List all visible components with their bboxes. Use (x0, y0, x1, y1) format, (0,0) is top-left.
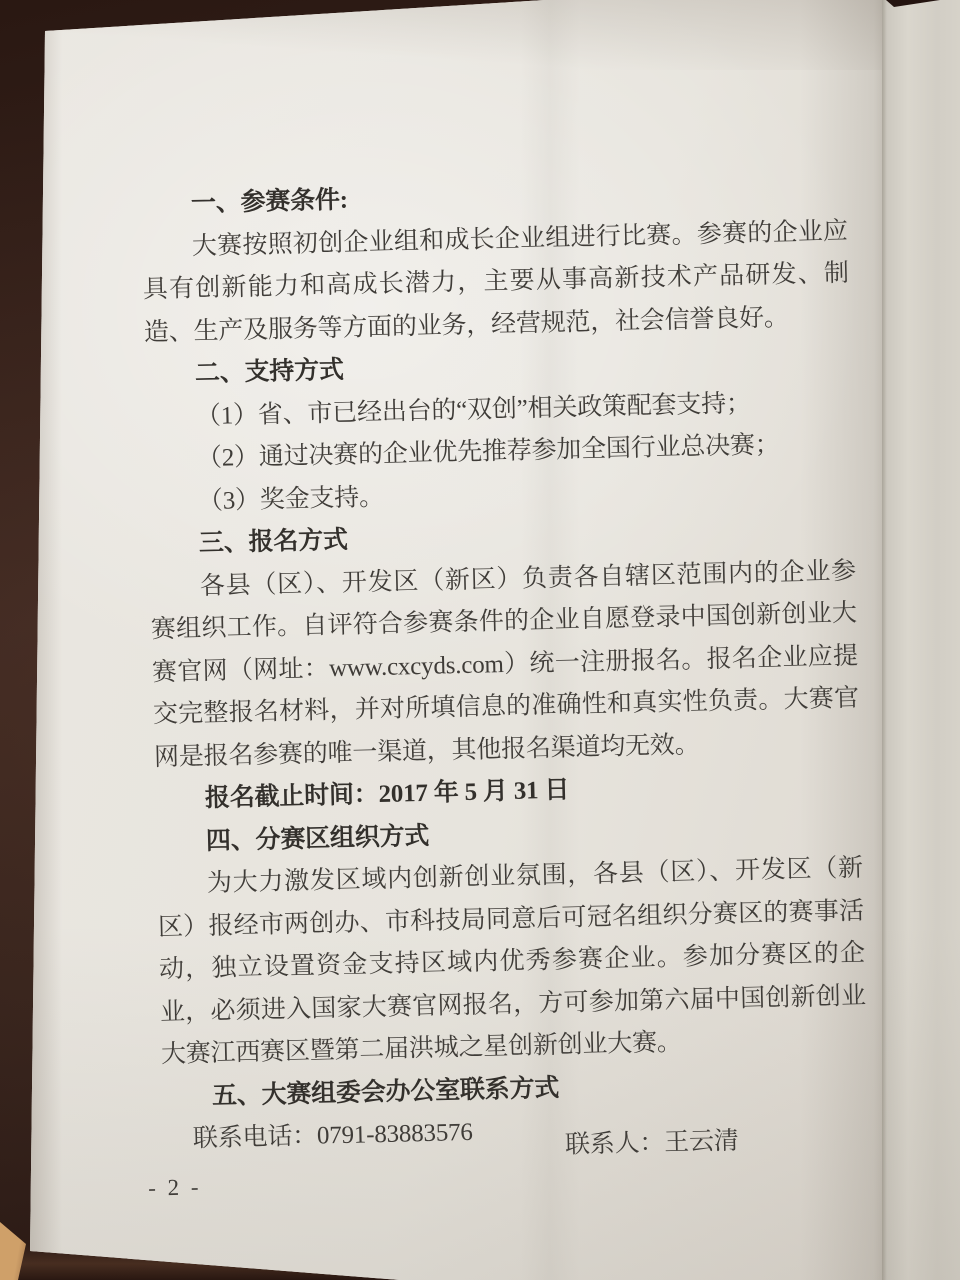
contact-person: 联系人：王云清 (535, 1121, 740, 1168)
section-1-body: 大赛按照初创企业组和成长企业组进行比赛。参赛的企业应具有创新能力和高成长潜力，主… (142, 210, 851, 354)
document-text: 一、参赛条件: 大赛按照初创企业组和成长企业组进行比赛。参赛的企业应具有创新能力… (141, 168, 871, 1209)
section-4-body: 为大力激发区域内创新创业氛围，各县（区）、开发区（新区）报经市两创办、市科技局同… (157, 848, 868, 1077)
contact-phone: 联系电话：0791-83883576 (193, 1119, 473, 1153)
photo-stage: 一、参赛条件: 大赛按照初创企业组和成长企业组进行比赛。参赛的企业应具有创新能力… (0, 0, 960, 1280)
section-3-body: 各县（区）、开发区（新区）负责各自辖区范围内的企业参赛组织工作。自评符合参赛条件… (150, 550, 861, 779)
